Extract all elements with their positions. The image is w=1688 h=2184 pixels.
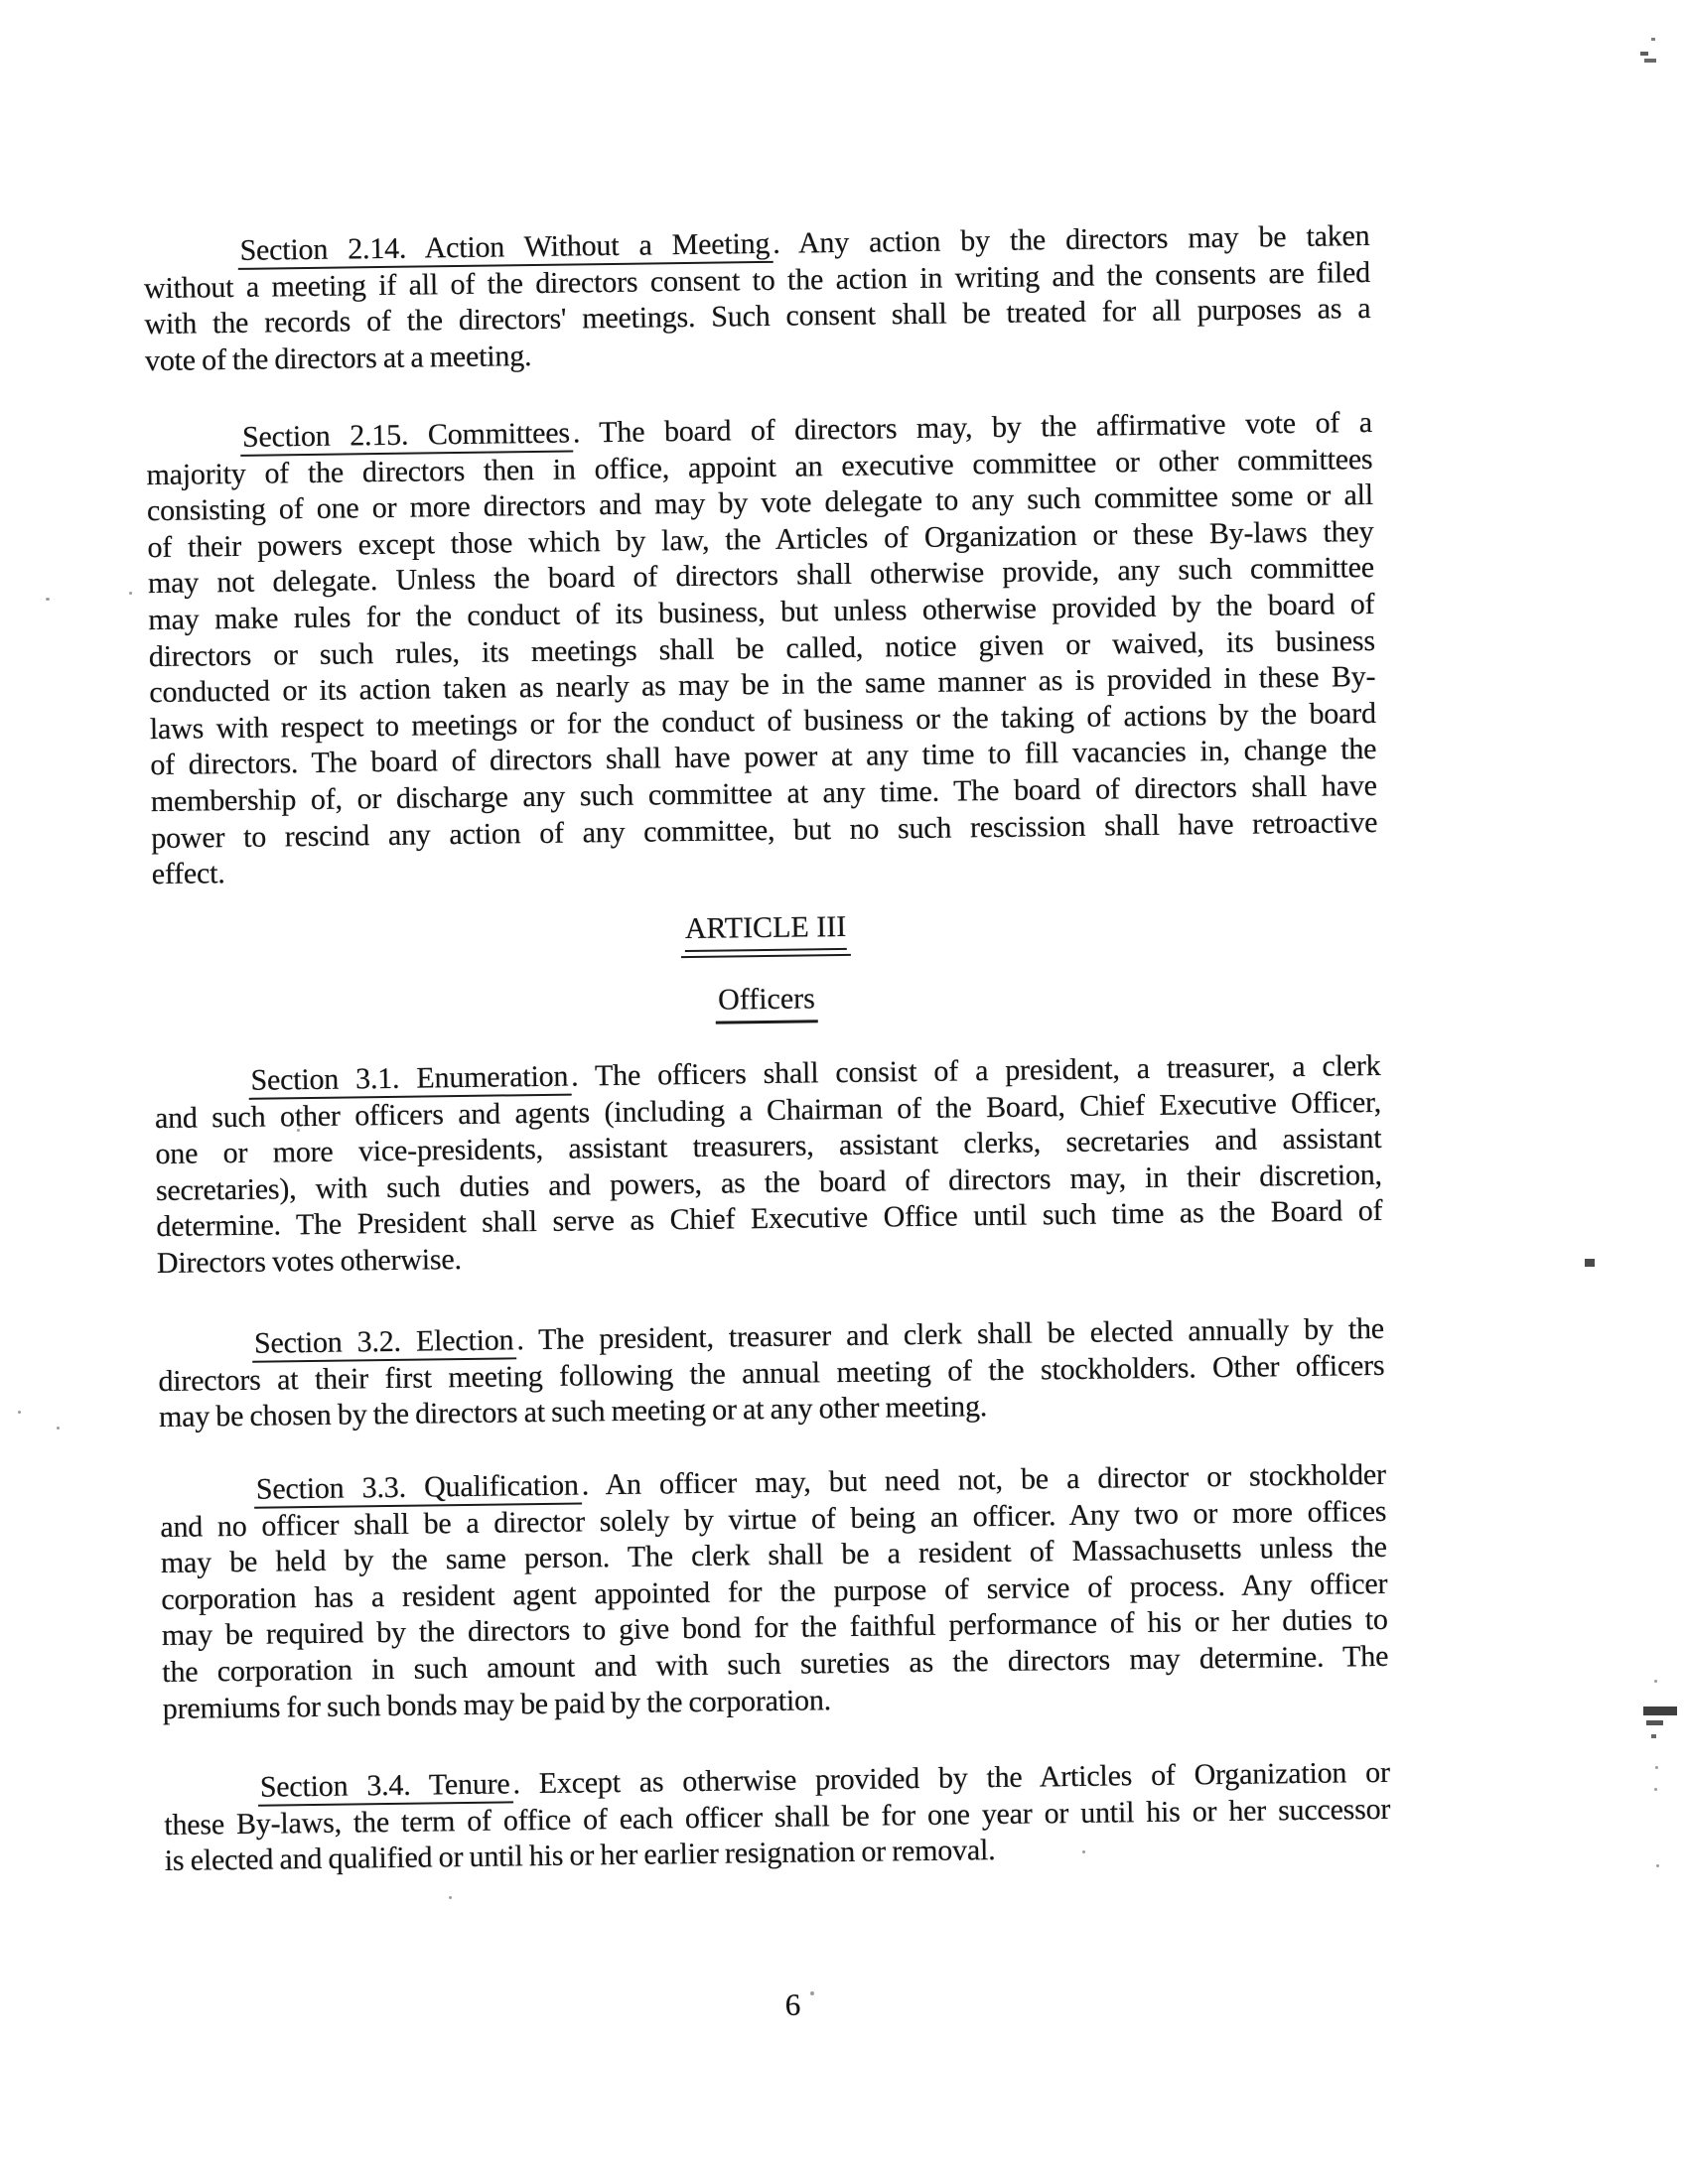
- scan-speck: [18, 1411, 21, 1414]
- paragraph-section-3-2: Section 3.2. Election. The president, tr…: [158, 1311, 1385, 1436]
- scan-speck: [46, 598, 50, 601]
- scan-artifact: [1643, 1706, 1677, 1715]
- section-heading: Section 3.3. Qualification: [254, 1468, 582, 1508]
- article-subheading: Officers: [715, 981, 818, 1024]
- document-page: Section 2.14. Action Without a Meeting. …: [0, 0, 1688, 2184]
- scan-speck: [810, 1991, 814, 1995]
- paragraph-section-2-14: Section 2.14. Action Without a Meeting. …: [143, 218, 1371, 380]
- scan-speck: [129, 592, 132, 595]
- section-heading: Section 3.4. Tenure: [258, 1767, 513, 1806]
- scan-artifact: [1651, 1734, 1656, 1738]
- paragraph-section-3-1: Section 3.1. Enumeration. The officers s…: [154, 1048, 1383, 1283]
- scan-speck: [1654, 1788, 1657, 1791]
- section-heading-rest: . Any action by the directors may be tak…: [773, 219, 1370, 260]
- scan-speck: [57, 1427, 60, 1430]
- scan-speck: [449, 1896, 452, 1899]
- paragraph-section-2-15: Section 2.15. Committees. The board of d…: [146, 405, 1378, 893]
- paragraphs: Section 2.14. Action Without a Meeting. …: [0, 0, 1674, 2]
- scan-artifact: [1644, 59, 1656, 63]
- scan-artifact: [1651, 38, 1655, 41]
- scan-artifact: [1585, 1259, 1595, 1267]
- scan-speck: [297, 1129, 300, 1132]
- article-heading: ARTICLE III: [685, 909, 847, 952]
- article-heading-underline: ARTICLE III: [681, 909, 851, 958]
- article-subheading-block: Officers: [153, 974, 1379, 1031]
- scan-artifact: [1646, 1720, 1663, 1725]
- section-heading: Section 2.15. Committees: [240, 416, 573, 456]
- paragraph-section-3-4: Section 3.4. Tenure. Except as otherwise…: [164, 1755, 1391, 1880]
- article-heading-block: ARTICLE III: [152, 902, 1379, 965]
- scan-artifact: [1640, 52, 1648, 56]
- section-heading: Section 3.2. Election: [252, 1323, 517, 1362]
- page-number: 6: [785, 1987, 801, 2023]
- paragraph-section-3-3: Section 3.3. Qualification. An officer m…: [160, 1457, 1389, 1727]
- scan-speck: [1654, 1680, 1657, 1683]
- section-heading: Section 3.1. Enumeration: [248, 1060, 571, 1100]
- scan-speck: [1082, 1850, 1085, 1853]
- scan-speck: [1656, 1864, 1659, 1867]
- scan-speck: [1655, 1766, 1658, 1769]
